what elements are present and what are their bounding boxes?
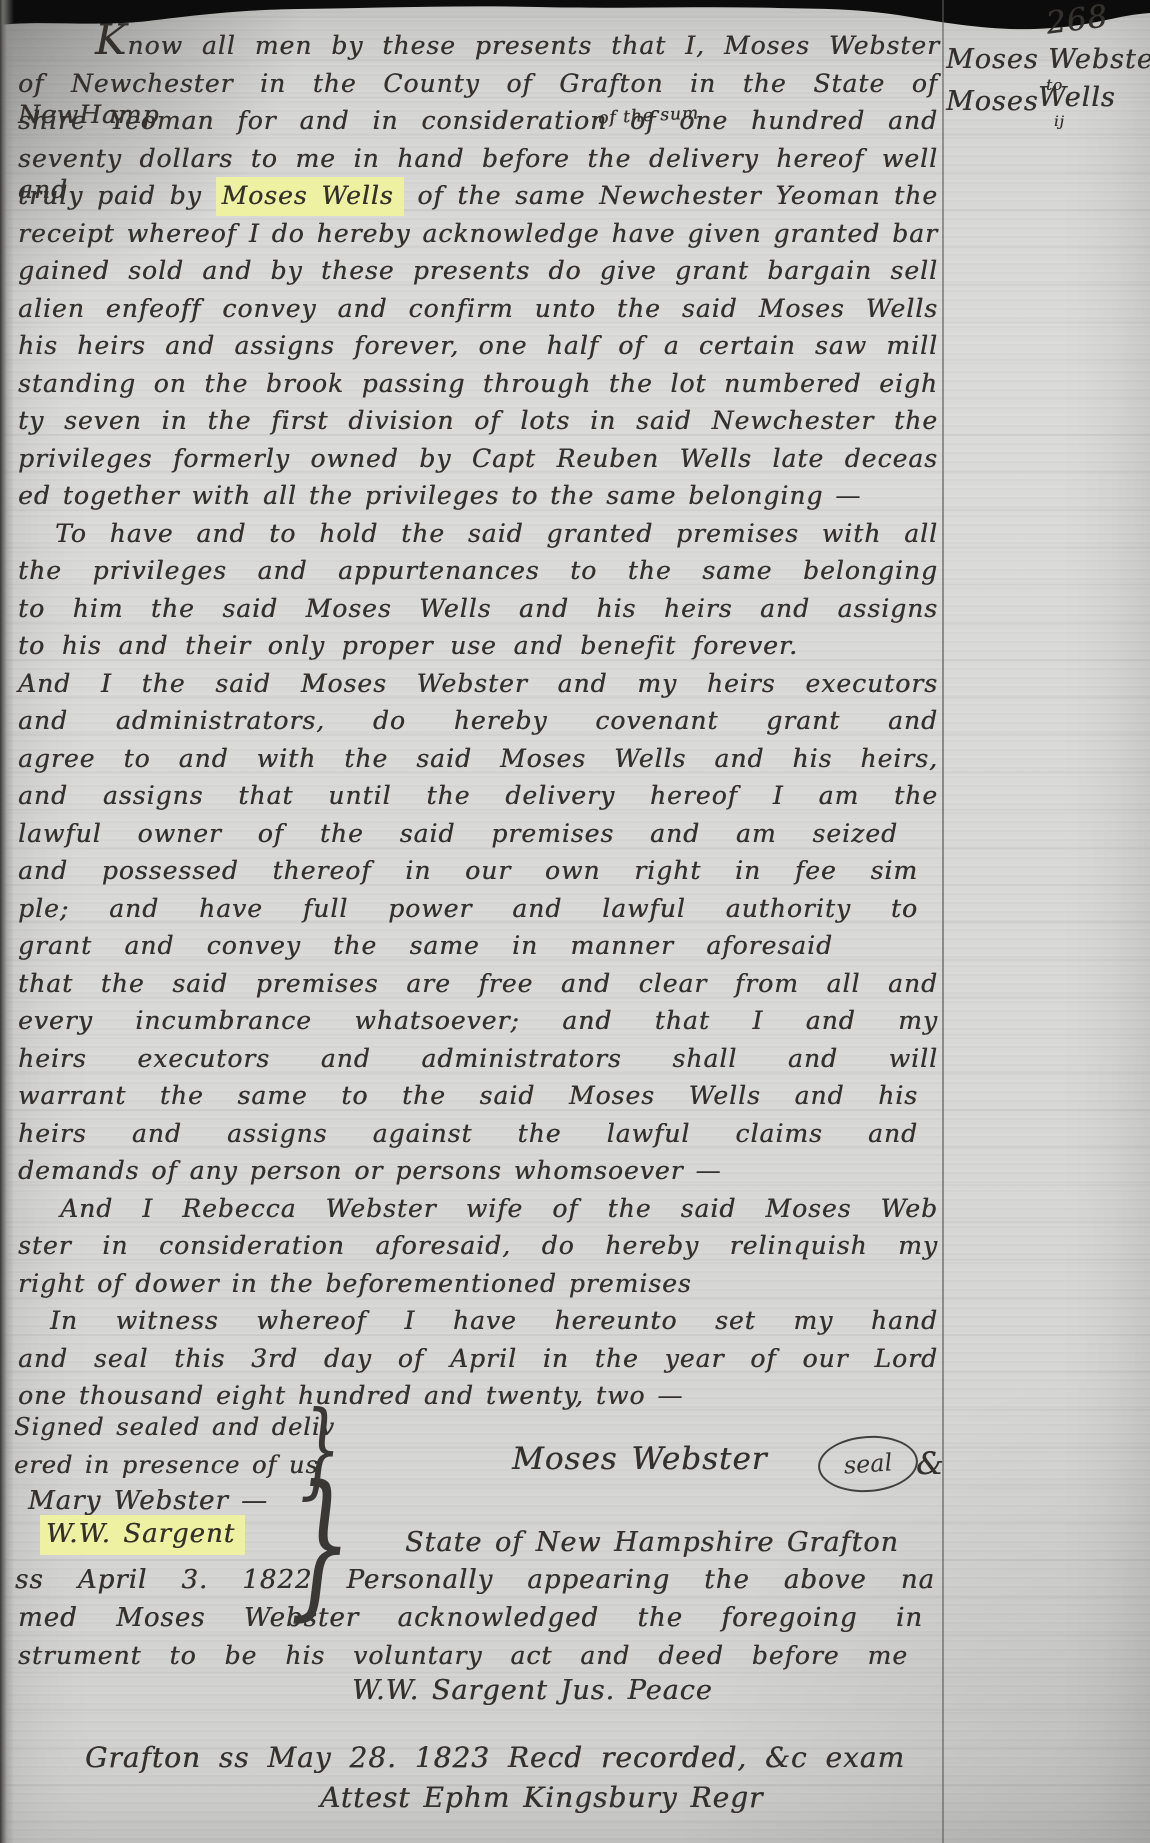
deed-line: grant and convey the same in manner afor… <box>18 930 833 961</box>
margin-rule-line <box>942 0 944 1843</box>
deed-line: strument to be his voluntary act and dee… <box>18 1640 908 1671</box>
deed-line: every incumbrance whatsoever; and that I… <box>18 1005 938 1036</box>
seal-flourish: & <box>916 1446 945 1482</box>
deed-line: And I the said Moses Webster and my heir… <box>18 668 938 699</box>
deed-line: ed together with all the privileges to t… <box>18 480 861 511</box>
deed-line: Mary Webster — <box>28 1485 268 1518</box>
deed-line: that the said premises are free and clea… <box>18 968 938 999</box>
deed-line: lawful owner of the said premises and am… <box>18 818 898 849</box>
deed-line: And I Rebecca Webster wife of the said M… <box>60 1193 938 1224</box>
margin-note-grantee-last: Wells <box>1038 82 1116 113</box>
deed-line: ty seven in the first division of lots i… <box>18 405 938 436</box>
deed-line: In witness whereof I have hereunto set m… <box>50 1305 938 1336</box>
deed-line: and assigns that until the delivery here… <box>18 780 938 811</box>
deed-line: shire Yeoman for and in consideration of… <box>18 105 938 136</box>
deed-line: warrant the same to the said Moses Wells… <box>18 1080 918 1111</box>
deed-text-layer: Know all men by these presents that I, M… <box>0 0 1150 1843</box>
deed-line: his heirs and assigns forever, one half … <box>18 330 938 361</box>
deed-line: heirs executors and administrators shall… <box>18 1043 938 1074</box>
deed-line: the privileges and appurtenances to the … <box>18 555 938 586</box>
deed-line: Grafton ss May 28. 1823 Recd recorded, &… <box>85 1740 905 1775</box>
deed-line: gained sold and by these presents do giv… <box>18 255 938 286</box>
deed-line: med Moses Webster acknowledged the foreg… <box>18 1602 923 1635</box>
deed-line: W.W. Sargent Jus. Peace <box>352 1674 713 1708</box>
deed-line: receipt whereof I do hereby acknowledge … <box>18 218 938 249</box>
highlighted-text: W.W. Sargent <box>40 1515 245 1555</box>
book-binding-edge <box>0 0 14 1843</box>
deed-line: To have and to hold the said granted pre… <box>55 518 938 549</box>
deed-line: alien enfeoff convey and confirm unto th… <box>18 293 938 324</box>
deed-line: standing on the brook passing through th… <box>18 368 938 399</box>
deed-line-text: of the same Newchester Yeoman the <box>404 181 938 210</box>
deed-line: Moses Webster <box>512 1440 767 1479</box>
deed-line: and possessed thereof in our own right i… <box>18 855 918 886</box>
margin-note-grantor: Moses Webster <box>946 44 1150 75</box>
deed-line: ered in presence of us <box>14 1450 319 1480</box>
deed-line: agree to and with the said Moses Wells a… <box>18 743 938 774</box>
deed-line: ss April 3. 1822 Personally appearing th… <box>15 1564 935 1597</box>
deed-line: ple; and have full power and lawful auth… <box>18 893 918 924</box>
scan-edge-artifact <box>0 0 1150 42</box>
highlighted-text: Moses Wells <box>216 177 404 216</box>
deed-line: to him the said Moses Wells and his heir… <box>18 593 938 624</box>
deed-line: Attest Ephm Kingsbury Regr <box>320 1780 763 1815</box>
deed-record-scan: Know all men by these presents that I, M… <box>0 0 1150 1843</box>
deed-line: truly paid by Moses Wells of the same Ne… <box>18 180 938 211</box>
state-section-brace: } <box>290 1452 352 1636</box>
seal-label: seal <box>843 1448 893 1479</box>
deed-line: one thousand eight hundred and twenty, t… <box>18 1380 683 1411</box>
margin-note-ditto-mark: ij <box>1054 114 1065 130</box>
deed-line: right of dower in the beforementioned pr… <box>18 1268 692 1299</box>
deed-line-text: truly paid by <box>18 181 216 210</box>
deed-line: Signed sealed and deliv <box>14 1412 335 1442</box>
deed-line: and administrators, do hereby covenant g… <box>18 705 938 736</box>
deed-line: W.W. Sargent <box>40 1518 245 1551</box>
deed-line: to his and their only proper use and ben… <box>18 630 798 661</box>
deed-line: demands of any person or persons whomsoe… <box>18 1155 722 1186</box>
deed-line: ster in consideration aforesaid, do here… <box>18 1230 938 1261</box>
deed-line: privileges formerly owned by Capt Reuben… <box>18 443 938 474</box>
deed-line: and seal this 3rd day of April in the ye… <box>18 1343 938 1374</box>
margin-note-grantee-first: Moses <box>946 86 1039 117</box>
deed-line: State of New Hampshire Grafton <box>405 1526 899 1560</box>
deed-line: heirs and assigns against the lawful cla… <box>18 1118 918 1149</box>
